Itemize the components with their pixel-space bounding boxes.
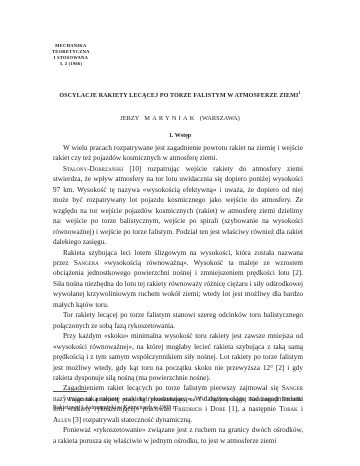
footnote-paragraph: 1 Fragment niniejszej pracy był przedsta… xyxy=(53,393,303,412)
body-paragraph: Przy każdym «skoku» minimalna wysokość t… xyxy=(53,331,303,383)
author-last-name: MARYNIAK xyxy=(144,115,196,122)
cited-author-name: Sangera xyxy=(74,259,99,267)
title-footnote-mark: 1 xyxy=(298,90,300,95)
author-affiliation: (WARSZAWA) xyxy=(200,115,240,122)
paragraph-text: [3] rozpatrywali stateczność dynamiczną. xyxy=(71,416,192,424)
body-paragraph: Ponieważ «rykoszetowanie» związane jest … xyxy=(53,425,303,446)
cited-author-name: Sanger xyxy=(282,384,303,392)
paragraph-text: Ponieważ «rykoszetowanie» związane jest … xyxy=(53,426,303,444)
body-paragraph: W wielu pracach rozpatrywane jest zagadn… xyxy=(53,143,303,164)
paragraph-text: Zagadnieniem rakiet lecących po torze fa… xyxy=(63,384,282,392)
footnote: 1 Fragment niniejszej pracy był przedsta… xyxy=(53,393,303,412)
journal-issue: 3, 2 (1966) xyxy=(52,61,90,67)
section-heading: 1. Wstęp xyxy=(0,133,360,139)
paragraph-text: [10] rozpatrując wejście rakiety do atmo… xyxy=(53,165,303,246)
body-paragraph: Tor rakiety lecącej po torze falistym st… xyxy=(53,310,303,331)
body-paragraph: Stalony-Dobrzański [10] rozpatrując wejś… xyxy=(53,164,303,248)
body-paragraph: Rakieta szybująca leci lotem ślizgowym n… xyxy=(53,248,303,311)
paragraph-text: Tor rakiety lecącej po torze falistym st… xyxy=(53,311,303,329)
cited-author-name: Stalony-Dobrzański xyxy=(63,165,123,173)
footnote-text: Fragment niniejszej pracy był przedstawi… xyxy=(53,397,303,411)
article-title: OSCYLACJE RAKIETY LECĄCEJ PO TORZE FALIS… xyxy=(0,90,360,99)
author-line: JERZY MARYNIAK (WARSZAWA) xyxy=(0,115,360,122)
journal-header: MECHANIKA TEORETYCZNA I STOSOWANA 3, 2 (… xyxy=(52,43,90,67)
paragraph-text: Przy każdym «skoku» minimalna wysokość t… xyxy=(53,332,303,382)
paragraph-text: W wielu pracach rozpatrywane jest zagadn… xyxy=(53,144,303,162)
cited-author-name: Allen xyxy=(53,416,71,424)
author-first-name: JERZY xyxy=(120,115,139,122)
footnote-rule xyxy=(53,391,87,392)
title-text: OSCYLACJE RAKIETY LECĄCEJ PO TORZE FALIS… xyxy=(59,93,298,99)
